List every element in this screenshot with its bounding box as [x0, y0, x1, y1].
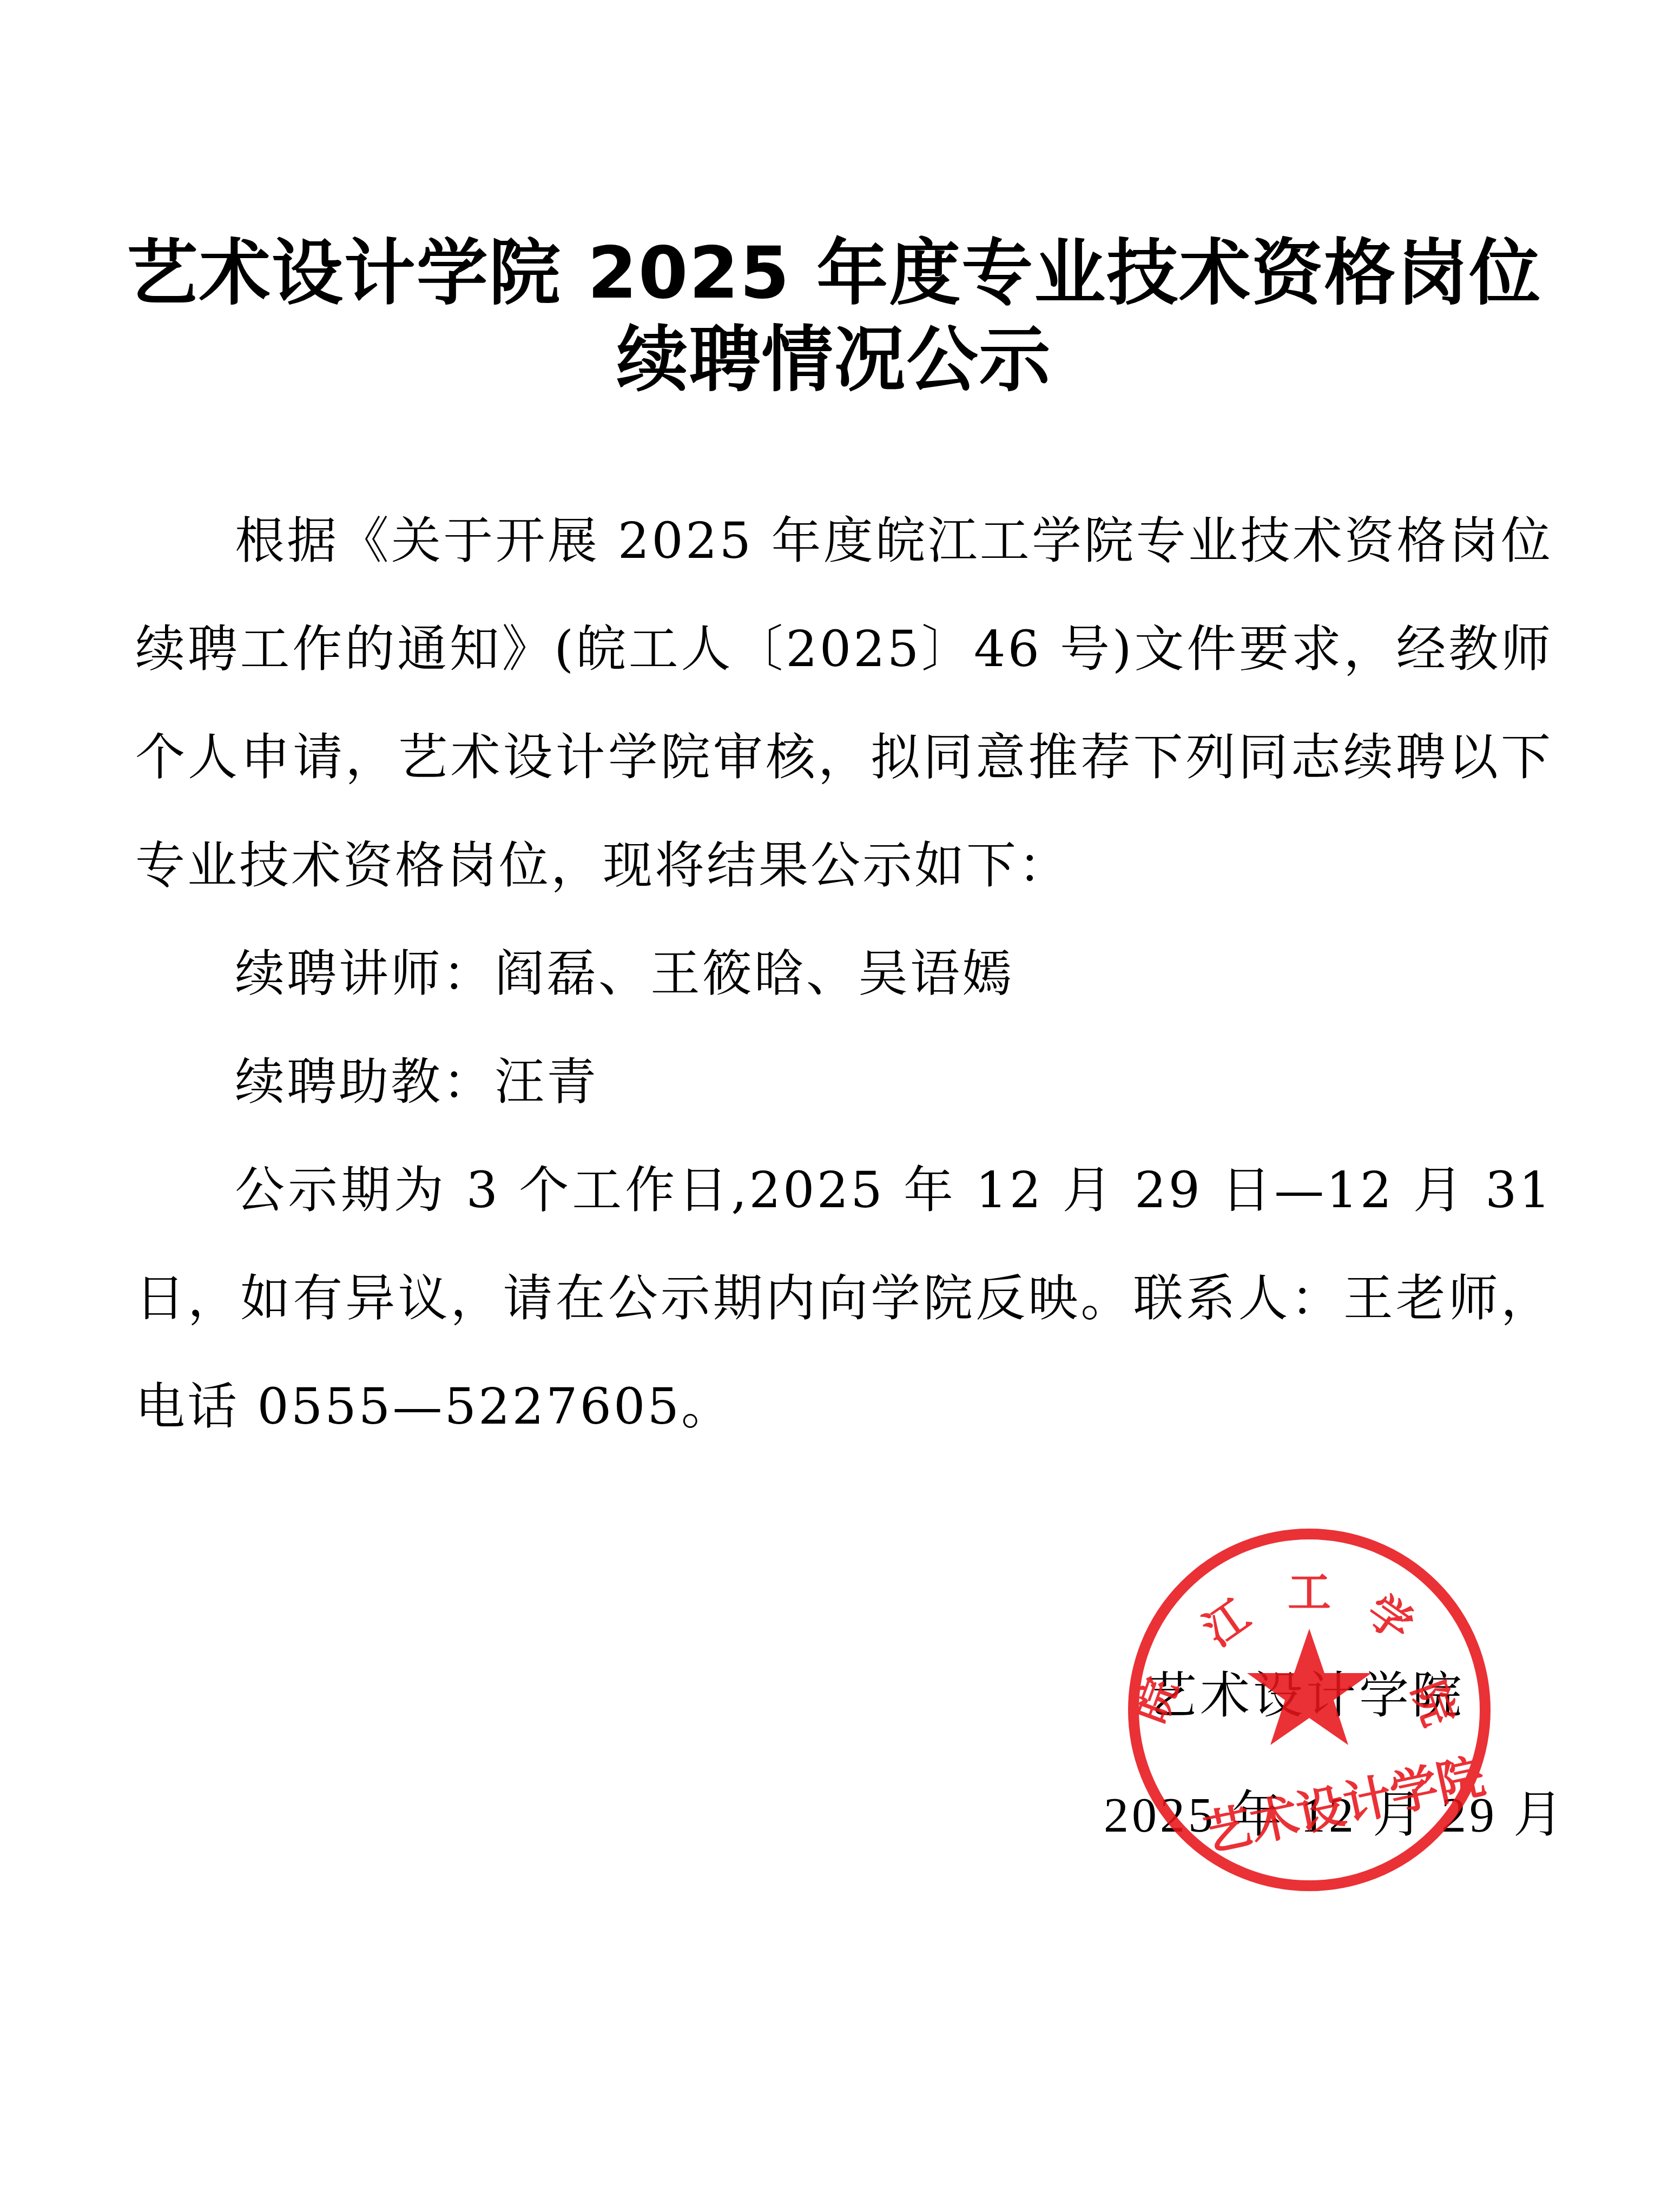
- official-seal-icon: 江 工 学 院 皖 艺术设计学院: [1125, 1526, 1493, 1894]
- assistants-line: 续聘助教：汪青: [235, 1028, 1652, 1136]
- notice-period-paragraph: 公示期为 3 个工作日,2025 年 12 月 29 日—12 月 31 日，如…: [135, 1136, 1553, 1461]
- svg-text:工: 工: [1288, 1567, 1331, 1617]
- svg-text:院: 院: [1402, 1675, 1465, 1733]
- stamp-inner-text: 艺术设计学院: [1199, 1748, 1490, 1862]
- svg-text:学: 学: [1357, 1585, 1422, 1651]
- lecturers-line: 续聘讲师：阎磊、王筱晗、吴语嫣: [235, 920, 1652, 1028]
- svg-text:江: 江: [1195, 1590, 1259, 1656]
- intro-paragraph: 根据《关于开展 2025 年度皖江工学院专业技术资格岗位续聘工作的通知》(皖工人…: [135, 487, 1553, 920]
- document-title-line2: 续聘情况公示: [0, 308, 1668, 411]
